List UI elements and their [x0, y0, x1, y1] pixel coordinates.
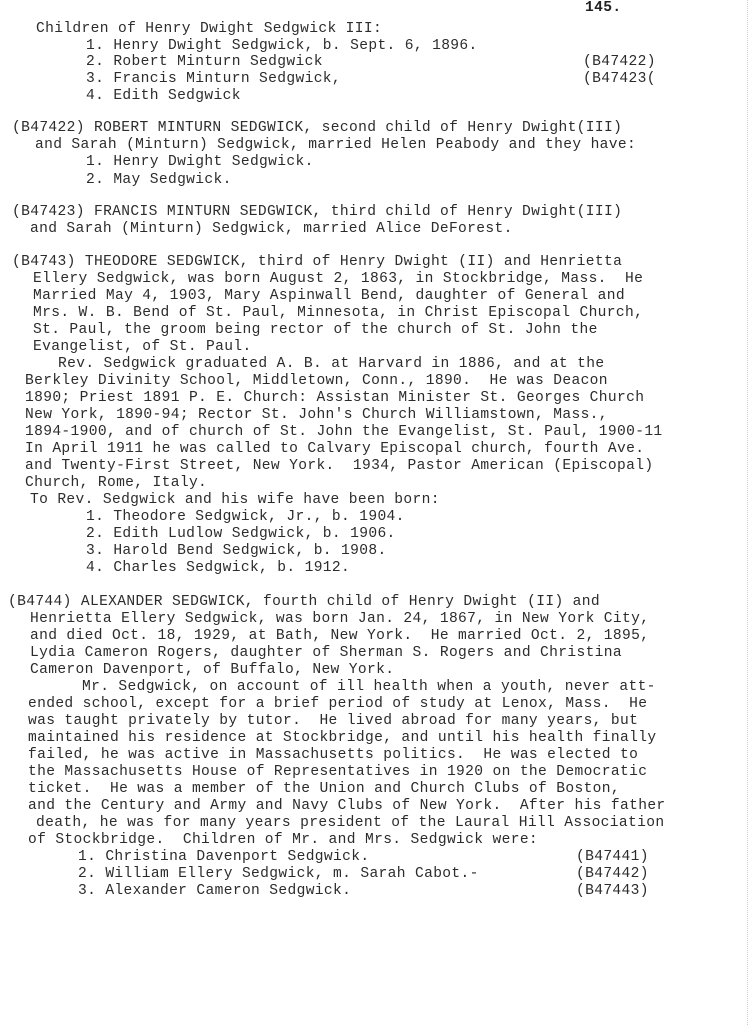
text-line: To Rev. Sedgwick and his wife have been …	[30, 492, 440, 508]
text-line: and Sarah (Minturn) Sedgwick, married Al…	[30, 221, 513, 237]
text-line: and Sarah (Minturn) Sedgwick, married He…	[35, 137, 636, 153]
text-line: St. Paul, the groom being rector of the …	[33, 322, 598, 338]
text-line: death, he was for many years president o…	[36, 815, 664, 831]
text-line: Married May 4, 1903, Mary Aspinwall Bend…	[33, 288, 625, 304]
text-line: and Twenty-First Street, New York. 1934,…	[25, 458, 653, 474]
text-line: 1. Theodore Sedgwick, Jr., b. 1904.	[86, 509, 405, 525]
text-line: Mr. Sedgwick, on account of ill health w…	[82, 679, 656, 695]
text-line: (B47443)	[576, 883, 649, 899]
text-line: Mrs. W. B. Bend of St. Paul, Minnesota, …	[33, 305, 643, 321]
text-line: maintained his residence at Stockbridge,…	[28, 730, 656, 746]
text-line: Lydia Cameron Rogers, daughter of Sherma…	[30, 645, 622, 661]
text-line: Church, Rome, Italy.	[25, 475, 207, 491]
text-line: (B4743) THEODORE SEDGWICK, third of Henr…	[12, 254, 622, 270]
text-line: of Stockbridge. Children of Mr. and Mrs.…	[28, 832, 538, 848]
text-line: Ellery Sedgwick, was born August 2, 1863…	[33, 271, 643, 287]
text-line: ended school, except for a brief period …	[28, 696, 647, 712]
text-line: 2. Edith Ludlow Sedgwick, b. 1906.	[86, 526, 396, 542]
text-line: 1. Henry Dwight Sedgwick, b. Sept. 6, 18…	[86, 38, 478, 54]
text-line: Berkley Divinity School, Middletown, Con…	[25, 373, 608, 389]
text-line: (B47423) FRANCIS MINTURN SEDGWICK, third…	[12, 204, 622, 220]
page-number: 145.	[585, 0, 621, 16]
text-line: was taught privately by tutor. He lived …	[28, 713, 638, 729]
text-line: failed, he was active in Massachusetts p…	[28, 747, 638, 763]
text-line: 1894-1900, and of church of St. John the…	[25, 424, 663, 440]
document-page: 145.Children of Henry Dwight Sedgwick II…	[0, 0, 750, 1025]
text-line: and died Oct. 18, 1929, at Bath, New Yor…	[30, 628, 649, 644]
text-line: Rev. Sedgwick graduated A. B. at Harvard…	[58, 356, 604, 372]
text-line: 1. Christina Davenport Sedgwick.	[78, 849, 369, 865]
text-line: the Massachusetts House of Representativ…	[28, 764, 647, 780]
text-line: 4. Edith Sedgwick	[86, 88, 241, 104]
text-line: (B47441)	[576, 849, 649, 865]
text-line: 2. May Sedgwick.	[86, 172, 232, 188]
text-line: Evangelist, of St. Paul.	[33, 339, 252, 355]
text-line: Cameron Davenport, of Buffalo, New York.	[30, 662, 394, 678]
text-line: Henrietta Ellery Sedgwick, was born Jan.…	[30, 611, 649, 627]
text-line: (B4744) ALEXANDER SEDGWICK, fourth child…	[8, 594, 600, 610]
text-line: New York, 1890-94; Rector St. John's Chu…	[25, 407, 608, 423]
text-line: and the Century and Army and Navy Clubs …	[28, 798, 666, 814]
text-line: 4. Charles Sedgwick, b. 1912.	[86, 560, 350, 576]
text-line: (B47422) ROBERT MINTURN SEDGWICK, second…	[12, 120, 622, 136]
text-line: ticket. He was a member of the Union and…	[28, 781, 620, 797]
text-line: 1. Henry Dwight Sedgwick.	[86, 154, 314, 170]
text-line: 2. William Ellery Sedgwick, m. Sarah Cab…	[78, 866, 479, 882]
text-line: 3. Francis Minturn Sedgwick,	[86, 71, 341, 87]
text-line: In April 1911 he was called to Calvary E…	[25, 441, 644, 457]
text-line: Children of Henry Dwight Sedgwick III:	[36, 21, 382, 37]
text-line: 1890; Priest 1891 P. E. Church: Assistan…	[25, 390, 644, 406]
text-line: 2. Robert Minturn Sedgwick	[86, 54, 323, 70]
text-line: (B47423(	[583, 71, 656, 87]
text-line: (B47422)	[583, 54, 656, 70]
text-line: (B47442)	[576, 866, 649, 882]
text-line: 3. Alexander Cameron Sedgwick.	[78, 883, 351, 899]
text-line: 3. Harold Bend Sedgwick, b. 1908.	[86, 543, 387, 559]
